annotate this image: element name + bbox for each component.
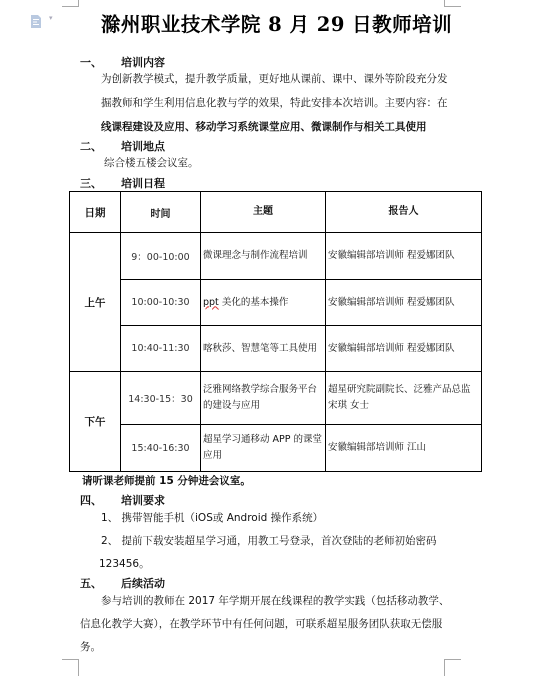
speaker-cell: 安徽编辑部培训师 程爱娜团队 [326,233,482,280]
requirement-item-1-text: 1、 携带智能手机（iOS或 Android 操作系统） [101,512,323,524]
time-cell: 10:00-10:30 [121,280,201,326]
margin-corner-bottom-left [62,659,79,676]
section-5-line-2: 信息化教学大赛），在教学环节中有任何问题，可联系超星服务团队获取无偿服 [80,617,442,631]
header-topic: 主题 [201,192,326,233]
section-4-number: 四、 [80,492,102,508]
section-1-line-1: 为创新教学模式，提升教学质量，更好地从课前、课中、课外等阶段充分发 [101,72,448,86]
topic-cell: ppt 美化的基本操作 [201,280,326,326]
table-row: 10:00-10:30 ppt 美化的基本操作 安徽编辑部培训师 程爱娜团队 [70,280,482,326]
margin-corner-top-left [62,0,79,7]
header-date: 日期 [70,192,121,233]
section-3-number: 三、 [80,175,102,191]
section-1-heading: 培训内容 [121,54,165,70]
time-cell: 9：00-10:00 [121,233,201,280]
document-title: 滁州职业技术学院 8 月 29 日教师培训 [0,9,553,37]
section-5-line-3: 务。 [80,640,101,654]
notice-text: 请听课老师提前 15 分钟进会议室。 [82,474,251,488]
section-5-number: 五、 [80,575,102,591]
speaker-cell: 安徽编辑部培训师 程爱娜团队 [326,326,482,372]
section-5-line-1: 参与培训的教师在 2017 年学期开展在线课程的教学实践（包括移动教学、 [101,594,449,608]
table-row: 15:40-16:30 超星学习通移动 APP 的课堂应用 安徽编辑部培训师 江… [70,425,482,472]
header-speaker: 报告人 [326,192,482,233]
section-3-heading: 培训日程 [121,175,165,191]
speaker-cell: 超星研究院副院长、泛雅产品总监宋琪 女士 [326,372,482,425]
section-4-heading: 培训要求 [121,492,165,508]
topic-cell: 泛雅网络教学综合服务平台的建设与应用 [201,372,326,425]
time-cell: 14:30-15：30 [121,372,201,425]
section-2-number: 二、 [80,138,102,154]
section-1-line-2: 掘教师和学生利用信息化教与学的效果，特此安排本次培训。主要内容：在 [101,96,448,110]
margin-corner-bottom-right [444,659,461,676]
requirement-item-2-cont: 123456。 [99,557,150,571]
spellcheck-underlined-word: ppt [203,297,219,308]
section-5-heading: 后续活动 [121,575,165,591]
header-time: 时间 [121,192,201,233]
margin-corner-top-right [444,0,461,7]
section-1-number: 一、 [80,54,102,70]
date-morning: 上午 [70,233,121,372]
topic-cell: 微课理念与制作流程培训 [201,233,326,280]
time-cell: 15:40-16:30 [121,425,201,472]
section-2-heading: 培训地点 [121,138,165,154]
table-row: 下午 14:30-15：30 泛雅网络教学综合服务平台的建设与应用 超星研究院副… [70,372,482,425]
topic-cell: 超星学习通移动 APP 的课堂应用 [201,425,326,472]
topic-cell: 喀秋莎、智慧笔等工具使用 [201,326,326,372]
requirement-item-1: 1、 携带智能手机（iOS或 Android 操作系统） [101,511,323,525]
table-row: 10:40-11:30 喀秋莎、智慧笔等工具使用 安徽编辑部培训师 程爱娜团队 [70,326,482,372]
table-row: 上午 9：00-10:00 微课理念与制作流程培训 安徽编辑部培训师 程爱娜团队 [70,233,482,280]
speaker-cell: 安徽编辑部培训师 江山 [326,425,482,472]
topic-text: 美化的基本操作 [222,297,289,308]
requirement-item-2: 2、 提前下载安装超星学习通，用教工号登录，首次登陆的老师初始密码 [101,534,437,548]
table-header-row: 日期 时间 主题 报告人 [70,192,482,233]
time-cell: 10:40-11:30 [121,326,201,372]
schedule-table: 日期 时间 主题 报告人 上午 9：00-10:00 微课理念与制作流程培训 安… [69,191,482,472]
date-afternoon: 下午 [70,372,121,472]
speaker-cell: 安徽编辑部培训师 程爱娜团队 [326,280,482,326]
section-1-line-3: 线课程建设及应用、移动学习系统课堂应用、微课制作与相关工具使用 [101,120,427,134]
section-2-line-1: 综合楼五楼会议室。 [104,156,199,170]
